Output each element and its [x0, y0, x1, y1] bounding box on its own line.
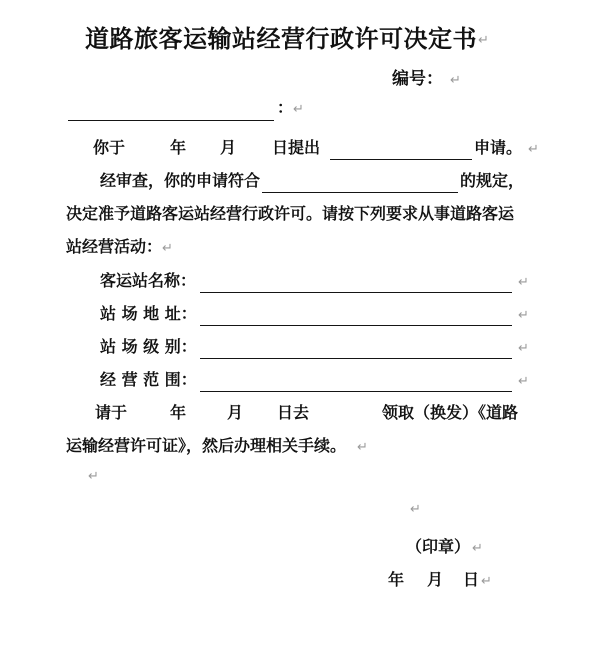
pickup-sentence-line2: 运输经营许可证》，然后办理相关手续。	[66, 435, 346, 457]
apply-day-submit-text: 日提出	[272, 137, 320, 159]
paragraph-mark-icon: ↵	[481, 575, 492, 589]
station-address-label: 站 场 地 址：	[100, 303, 197, 325]
paragraph-mark-icon: ↵	[518, 309, 529, 323]
paragraph-mark-icon: ↵	[88, 470, 99, 484]
apply-prefix-text: 你于	[93, 137, 125, 159]
addressee-blank-line[interactable]	[68, 99, 274, 121]
paragraph-mark-icon: ↵	[357, 441, 368, 455]
paragraph-mark-icon: ↵	[518, 342, 529, 356]
station-level-label: 站 场 级 别：	[100, 336, 197, 358]
station-name-label: 客运站名称：	[100, 270, 196, 292]
apply-suffix-text: 申请。	[474, 137, 522, 159]
seal-placeholder: （印章）	[406, 536, 470, 558]
document-title: 道路旅客运输站经营行政许可决定书	[85, 25, 477, 53]
addressee-colon: ：	[277, 97, 293, 119]
paragraph-mark-icon: ↵	[472, 542, 483, 556]
pickup-day-go-text: 日去	[277, 402, 309, 424]
pickup-prefix-text: 请于	[95, 402, 127, 424]
paragraph-mark-icon: ↵	[162, 242, 173, 256]
sign-year-label: 年	[388, 569, 404, 591]
pickup-year-label: 年	[170, 402, 186, 424]
document-page: 道路旅客运输站经营行政许可决定书 ↵ 编号： ↵ ： ↵ 你于 年 月 日提出 …	[0, 0, 601, 664]
decision-sentence-line1: 决定准予道路客运站经营行政许可。请按下列要求从事道路客运	[66, 203, 514, 225]
business-scope-blank[interactable]	[200, 370, 512, 392]
business-scope-label: 经 营 范 围：	[100, 369, 197, 391]
station-name-blank[interactable]	[200, 271, 512, 293]
paragraph-mark-icon: ↵	[293, 103, 304, 117]
paragraph-mark-icon: ↵	[518, 276, 529, 290]
decision-sentence-line2: 站经营活动：	[66, 236, 162, 258]
review-prefix-text: 经审查，你的申请符合	[100, 170, 260, 192]
sign-month-label: 月	[427, 569, 443, 591]
station-level-blank[interactable]	[200, 337, 512, 359]
serial-number-label: 编号：	[392, 68, 443, 90]
paragraph-mark-icon: ↵	[518, 375, 529, 389]
paragraph-mark-icon: ↵	[410, 503, 421, 517]
station-address-blank[interactable]	[200, 304, 512, 326]
apply-month-label: 月	[220, 137, 236, 159]
pickup-month-label: 月	[227, 402, 243, 424]
paragraph-mark-icon: ↵	[478, 34, 489, 48]
pickup-suffix-text: 领取（换发）《道路	[382, 402, 518, 424]
paragraph-mark-icon: ↵	[528, 143, 539, 157]
regulation-blank[interactable]	[262, 171, 458, 193]
apply-year-label: 年	[170, 137, 186, 159]
review-suffix-text: 的规定，	[460, 170, 524, 192]
sign-day-label: 日	[463, 569, 479, 591]
application-type-blank[interactable]	[330, 138, 472, 160]
paragraph-mark-icon: ↵	[450, 74, 461, 88]
